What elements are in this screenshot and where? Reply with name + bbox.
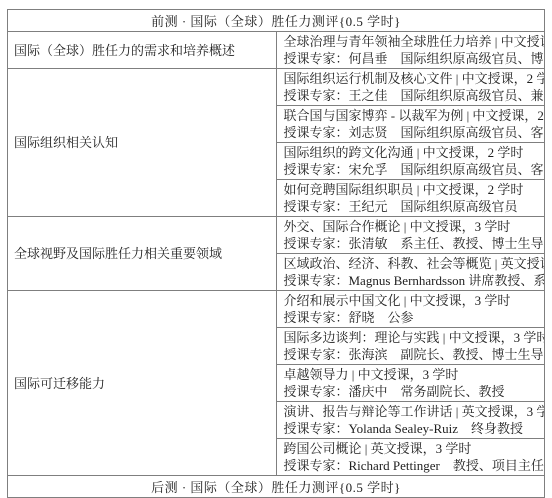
course-title-line: 介绍和展示中国文化 | 中文授课，3 学时	[284, 292, 538, 309]
course-title-line: 国际组织的跨文化沟通 | 中文授课，2 学时	[284, 144, 538, 161]
course-cell: 全球治理与青年领袖全球胜任力培养 | 中文授课，2 学时 授课专家：何昌垂 国际…	[276, 32, 545, 69]
category-cell-global-vision: 全球视野及国际胜任力相关重要领域	[8, 217, 277, 291]
pretest-header-row: 前测 · 国际（全球）胜任力测评{0.5 学时}	[8, 10, 545, 32]
course-title-line: 全球治理与青年领袖全球胜任力培养 | 中文授课，2 学时	[284, 33, 538, 50]
course-cell: 区域政治、经济、科教、社会等概览 | 英文授课，3 学时 授课专家：Magnus…	[276, 254, 545, 291]
course-expert-line: 授课专家：王之佳 国际组织原高级官员、兼职教授	[284, 87, 538, 104]
course-cell: 如何竞聘国际组织职员 | 中文授课，2 学时 授课专家：王纪元 国际组织原高级官…	[276, 180, 545, 217]
table-row: 国际可迁移能力 介绍和展示中国文化 | 中文授课，3 学时 授课专家：舒晓 公参	[8, 291, 545, 328]
course-title-line: 区域政治、经济、科教、社会等概览 | 英文授课，3 学时	[284, 255, 538, 272]
course-expert-line: 授课专家：Yolanda Sealey-Ruiz 终身教授	[284, 420, 538, 437]
category-cell-overview: 国际（全球）胜任力的需求和培养概述	[8, 32, 277, 69]
course-cell: 外交、国际合作概论 | 中文授课，3 学时 授课专家：张清敏 系主任、教授、博士…	[276, 217, 545, 254]
course-title-line: 如何竞聘国际组织职员 | 中文授课，2 学时	[284, 181, 538, 198]
course-expert-line: 授课专家：Magnus Bernhardsson 讲席教授、系主任	[284, 272, 538, 289]
curriculum-table: 前测 · 国际（全球）胜任力测评{0.5 学时} 国际（全球）胜任力的需求和培养…	[7, 9, 545, 498]
course-cell: 演讲、报告与辩论等工作讲话 | 英文授课，3 学时 授课专家：Yolanda S…	[276, 402, 545, 439]
course-title-line: 国际多边谈判：理论与实践 | 中文授课，3 学时	[284, 329, 538, 346]
course-cell: 跨国公司概论 | 英文授课，3 学时 授课专家：Richard Pettinge…	[276, 439, 545, 476]
category-cell-international-organizations: 国际组织相关认知	[8, 69, 277, 217]
course-cell: 介绍和展示中国文化 | 中文授课，3 学时 授课专家：舒晓 公参	[276, 291, 545, 328]
table-row: 国际（全球）胜任力的需求和培养概述 全球治理与青年领袖全球胜任力培养 | 中文授…	[8, 32, 545, 69]
course-cell: 国际组织运行机制及核心文件 | 中文授课，2 学时 授课专家：王之佳 国际组织原…	[276, 69, 545, 106]
course-expert-line: 授课专家：Richard Pettinger 教授、项目主任	[284, 457, 538, 474]
course-expert-line: 授课专家：刘志贤 国际组织原高级官员、客座教授	[284, 124, 538, 141]
course-expert-line: 授课专家：潘庆中 常务副院长、教授	[284, 383, 538, 400]
course-title-line: 演讲、报告与辩论等工作讲话 | 英文授课，3 学时	[284, 403, 538, 420]
course-cell: 国际多边谈判：理论与实践 | 中文授课，3 学时 授课专家：张海滨 副院长、教授…	[276, 328, 545, 365]
course-expert-line: 授课专家：何昌垂 国际组织原高级官员、博士、教授	[284, 50, 538, 67]
course-expert-line: 授课专家：舒晓 公参	[284, 309, 538, 326]
document-page: 前测 · 国际（全球）胜任力测评{0.5 学时} 国际（全球）胜任力的需求和培养…	[0, 0, 552, 493]
category-cell-transferable-skills: 国际可迁移能力	[8, 291, 277, 476]
course-title-line: 国际组织运行机制及核心文件 | 中文授课，2 学时	[284, 70, 538, 87]
course-cell: 联合国与国家博弈 - 以裁军为例 | 中文授课，2 学时 授课专家：刘志贤 国际…	[276, 106, 545, 143]
course-cell: 国际组织的跨文化沟通 | 中文授课，2 学时 授课专家：宋允孚 国际组织原高级官…	[276, 143, 545, 180]
table-row: 全球视野及国际胜任力相关重要领域 外交、国际合作概论 | 中文授课，3 学时 授…	[8, 217, 545, 254]
course-title-line: 外交、国际合作概论 | 中文授课，3 学时	[284, 218, 538, 235]
course-cell: 卓越领导力 | 中文授课，3 学时 授课专家：潘庆中 常务副院长、教授	[276, 365, 545, 402]
course-expert-line: 授课专家：张清敏 系主任、教授、博士生导师	[284, 235, 538, 252]
course-expert-line: 授课专家：宋允孚 国际组织原高级官员、客座教授	[284, 161, 538, 178]
posttest-footer-row: 后测 · 国际（全球）胜任力测评{0.5 学时}	[8, 476, 545, 498]
course-expert-line: 授课专家：张海滨 副院长、教授、博士生导师	[284, 346, 538, 363]
table-row: 国际组织相关认知 国际组织运行机制及核心文件 | 中文授课，2 学时 授课专家：…	[8, 69, 545, 106]
pretest-header: 前测 · 国际（全球）胜任力测评{0.5 学时}	[8, 10, 545, 32]
course-title-line: 跨国公司概论 | 英文授课，3 学时	[284, 440, 538, 457]
course-expert-line: 授课专家：王纪元 国际组织原高级官员	[284, 198, 538, 215]
course-title-line: 卓越领导力 | 中文授课，3 学时	[284, 366, 538, 383]
course-title-line: 联合国与国家博弈 - 以裁军为例 | 中文授课，2 学时	[284, 107, 538, 124]
posttest-footer: 后测 · 国际（全球）胜任力测评{0.5 学时}	[8, 476, 545, 498]
